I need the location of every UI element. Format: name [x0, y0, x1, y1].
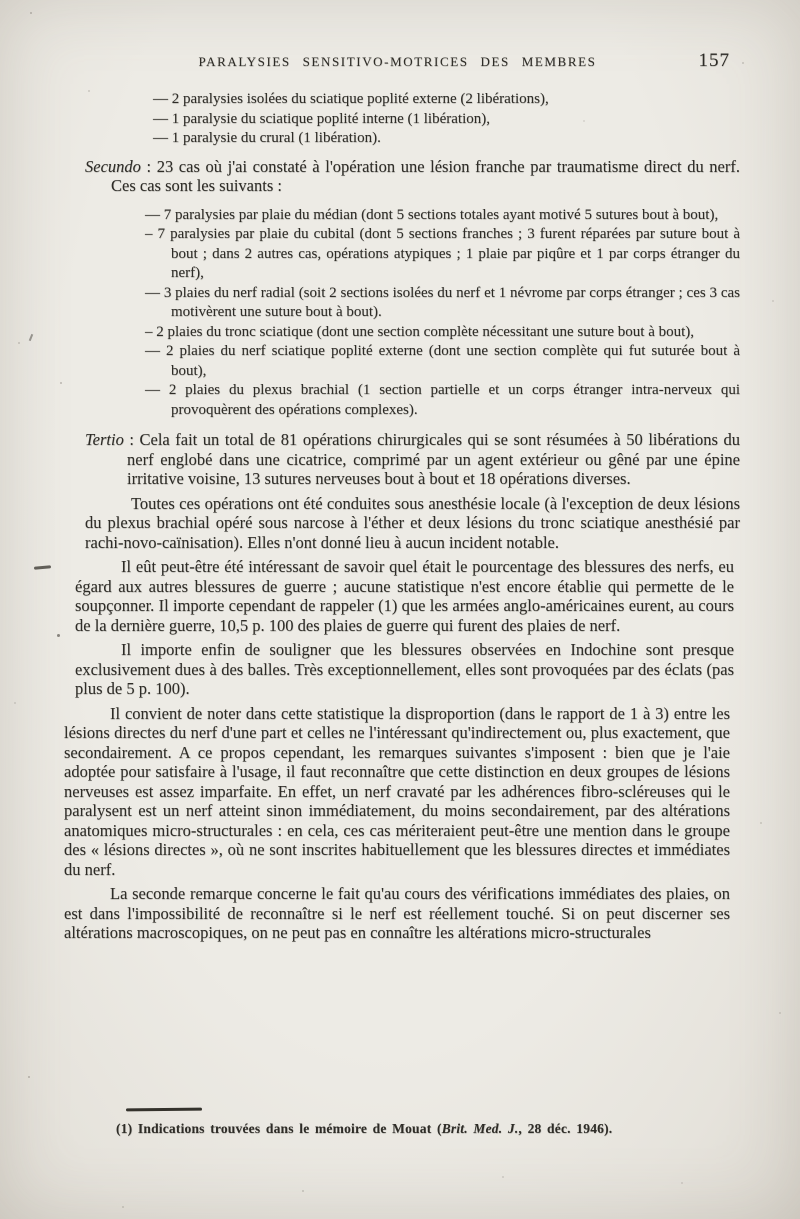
liberation-list: — 2 paralysies isolées du sciatique popl… — [153, 90, 732, 149]
footnote-suffix: , 28 déc. 1946). — [518, 1121, 612, 1136]
tertio-lead-word: Tertio — [85, 430, 124, 449]
text-column: PARALYSIES SENSITIVO-MOTRICES DES MEMBRE… — [85, 0, 740, 943]
secundo-paragraph: Secundo : 23 cas où j'ai constaté à l'op… — [85, 157, 740, 196]
margin-mark-dot — [57, 634, 60, 637]
running-title: PARALYSIES SENSITIVO-MOTRICES DES MEMBRE… — [85, 54, 740, 70]
footnote-rule — [126, 1108, 202, 1112]
list-item: — 2 plaies du nerf sciatique poplité ext… — [145, 342, 740, 381]
paper-specks — [0, 0, 2, 2]
footnote-journal-title: Brit. Med. J. — [442, 1121, 519, 1136]
footnote-text: (1) Indications trouvées dans le mémoire… — [64, 1121, 730, 1137]
list-item: – 7 paralysies par plaie du cubital (don… — [145, 225, 740, 284]
page-header: PARALYSIES SENSITIVO-MOTRICES DES MEMBRE… — [85, 54, 740, 76]
tertio-paragraph: Tertio : Cela fait un total de 81 opérat… — [85, 430, 740, 489]
footnote-prefix: (1) Indications trouvées dans le mémoire… — [116, 1121, 442, 1136]
body-paragraph: Il eût peut-être été intéressant de savo… — [75, 557, 734, 635]
list-item: — 1 paralysie du crural (1 libération). — [153, 129, 732, 149]
footnote: (1) Indications trouvées dans le mémoire… — [64, 1108, 730, 1137]
tertio-text: : Cela fait un total de 81 opérations ch… — [124, 430, 740, 488]
cases-list: — 7 paralysies par plaie du médian (dont… — [145, 206, 740, 421]
body-paragraph: Il importe enfin de souligner que les bl… — [75, 640, 734, 699]
list-item: — 3 plaies du nerf radial (soit 2 sectio… — [145, 284, 740, 323]
list-item: — 2 plaies du plexus brachial (1 section… — [145, 381, 740, 420]
list-item: — 2 paralysies isolées du sciatique popl… — [153, 90, 732, 110]
margin-mark-tick — [29, 334, 33, 341]
body-paragraph: Toutes ces opérations ont été conduites … — [85, 494, 740, 553]
scanned-book-page: PARALYSIES SENSITIVO-MOTRICES DES MEMBRE… — [0, 0, 800, 1219]
body-paragraph: La seconde remarque concerne le fait qu'… — [64, 884, 730, 943]
body-paragraph: Il convient de noter dans cette statisti… — [64, 704, 730, 880]
page-number: 157 — [699, 50, 731, 72]
list-item: — 7 paralysies par plaie du médian (dont… — [145, 206, 740, 226]
secundo-text: : 23 cas où j'ai constaté à l'opération … — [111, 157, 740, 196]
secundo-lead-word: Secundo — [85, 157, 141, 176]
list-item: — 1 paralysie du sciatique poplité inter… — [153, 110, 732, 130]
margin-mark-dash — [34, 565, 51, 569]
list-item: – 2 plaies du tronc sciatique (dont une … — [145, 323, 740, 343]
